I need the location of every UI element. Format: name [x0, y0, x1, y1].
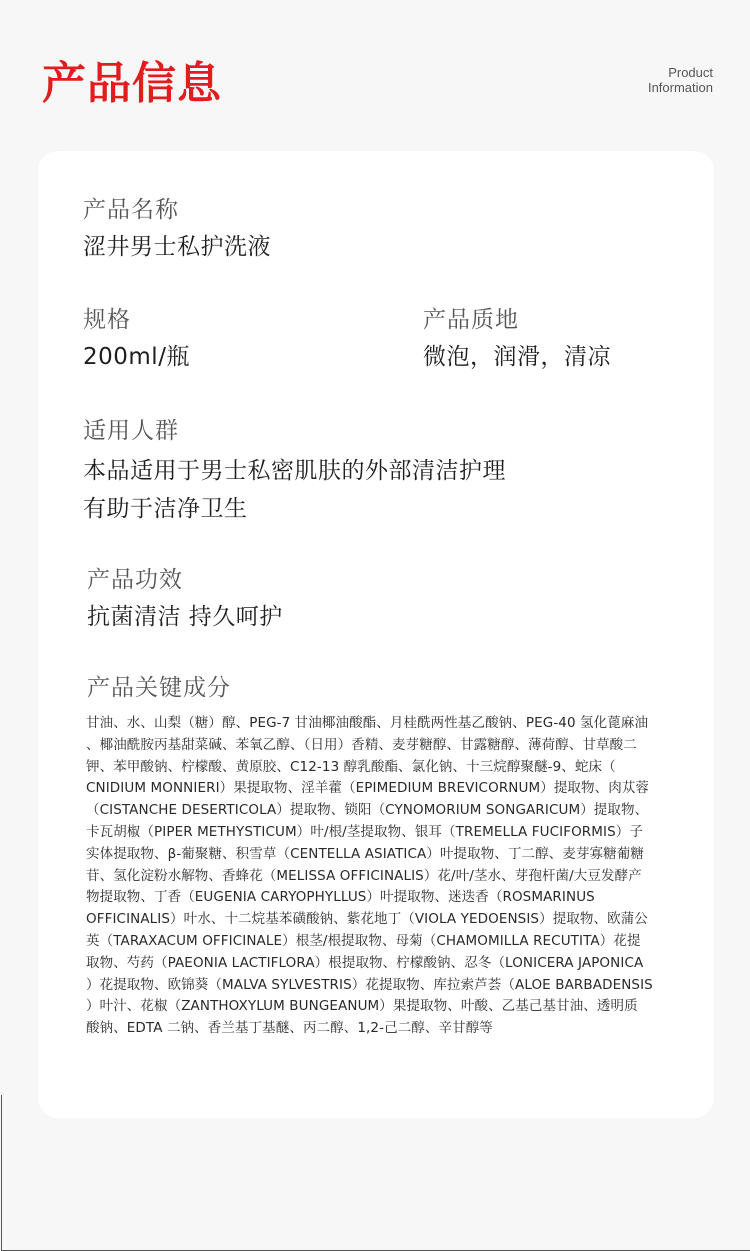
audience-label: 适用人群 — [83, 416, 506, 446]
ingredients-line: 取物、芍药（PAEONIA LACTIFLORA）根提取物、柠檬酸钠、忍冬（LO… — [86, 953, 666, 975]
ingredients-label: 产品关键成分 — [87, 673, 231, 703]
efficacy-value: 抗菌清洁 持久呵护 — [87, 599, 283, 635]
ingredients-line: 物提取物、丁香（EUGENIA CARYOPHYLLUS）叶提取物、迷迭香（RO… — [86, 887, 666, 909]
ingredients-line: ）叶汁、花椒（ZANTHOXYLUM BUNGEANUM）果提取物、叶酸、乙基己… — [86, 996, 666, 1018]
efficacy-section: 产品功效 抗菌清洁 持久呵护 — [87, 565, 283, 635]
page-subtitle-line1: Product — [648, 65, 713, 80]
audience-section: 适用人群 本品适用于男士私密肌肤的外部清洁护理 有助于洁净卫生 — [83, 416, 506, 528]
ingredients-line: 酸钠、EDTA 二钠、香兰基丁基醚、丙二醇、1,2-己二醇、辛甘醇等 — [86, 1018, 666, 1040]
ingredients-line: 甘油、水、山梨（糖）醇、PEG-7 甘油椰油酸酯、月桂酰两性基乙酸钠、PEG-4… — [86, 713, 666, 735]
ingredients-line: 苷、氢化淀粉水解物、香蜂花（MELISSA OFFICINALIS）花/叶/茎水… — [86, 866, 666, 888]
ingredients-line: 英（TARAXACUM OFFICINALE）根茎/根提取物、母菊（CHAMOM… — [86, 931, 666, 953]
product-name-value: 涩井男士私护洗液 — [83, 229, 271, 265]
spec-value: 200ml/瓶 — [83, 339, 190, 375]
product-name-label: 产品名称 — [83, 195, 271, 225]
ingredients-line: OFFICINALIS）叶水、十二烷基苯磺酸钠、紫花地丁（VIOLA YEDOE… — [86, 909, 666, 931]
ingredients-section: 产品关键成分 — [87, 673, 231, 703]
ingredients-line: CNIDIUM MONNIERI）果提取物、淫羊藿（EPIMEDIUM BREV… — [86, 778, 666, 800]
spec-section: 规格 200ml/瓶 — [83, 305, 190, 375]
ingredients-line: 、椰油酰胺丙基甜菜碱、苯氧乙醇、（日用）香精、麦芽糖醇、甘露糖醇、薄荷醇、甘草酸… — [86, 735, 666, 757]
page-subtitle: Product Information — [648, 65, 713, 95]
spec-label: 规格 — [83, 305, 190, 335]
audience-line: 本品适用于男士私密肌肤的外部清洁护理 — [83, 452, 506, 490]
page-title: 产品信息 — [42, 58, 222, 110]
page-subtitle-line2: Information — [648, 80, 713, 95]
product-name-section: 产品名称 涩井男士私护洗液 — [83, 195, 271, 265]
ingredients-line: （CISTANCHE DESERTICOLA）提取物、锁阳（CYNOMORIUM… — [86, 800, 666, 822]
ingredients-line: 卡瓦胡椒（PIPER METHYSTICUM）叶/根/茎提取物、银耳（TREME… — [86, 822, 666, 844]
audience-value: 本品适用于男士私密肌肤的外部清洁护理 有助于洁净卫生 — [83, 452, 506, 528]
ingredients-line: 钾、苯甲酸钠、柠檬酸、黄原胶、C12-13 醇乳酸酯、氯化钠、十三烷醇聚醚-9、… — [86, 757, 666, 779]
ingredients-line: 实体提取物、β-葡聚糖、积雪草（CENTELLA ASIATICA）叶提取物、丁… — [86, 844, 666, 866]
ingredients-line: ）花提取物、欧锦葵（MALVA SYLVESTRIS）花提取物、库拉索芦荟（AL… — [86, 975, 666, 997]
texture-value: 微泡，润滑，清凉 — [423, 339, 611, 375]
efficacy-label: 产品功效 — [87, 565, 283, 595]
ingredients-list: 甘油、水、山梨（糖）醇、PEG-7 甘油椰油酸酯、月桂酰两性基乙酸钠、PEG-4… — [86, 713, 666, 1040]
product-info-page: 产品信息 Product Information 产品名称 涩井男士私护洗液 规… — [0, 0, 750, 1251]
texture-label: 产品质地 — [423, 305, 611, 335]
audience-line: 有助于洁净卫生 — [83, 490, 506, 528]
frame-edge-left — [1, 1095, 2, 1251]
info-card: 产品名称 涩井男士私护洗液 规格 200ml/瓶 产品质地 微泡，润滑，清凉 适… — [38, 151, 714, 1118]
texture-section: 产品质地 微泡，润滑，清凉 — [423, 305, 611, 375]
